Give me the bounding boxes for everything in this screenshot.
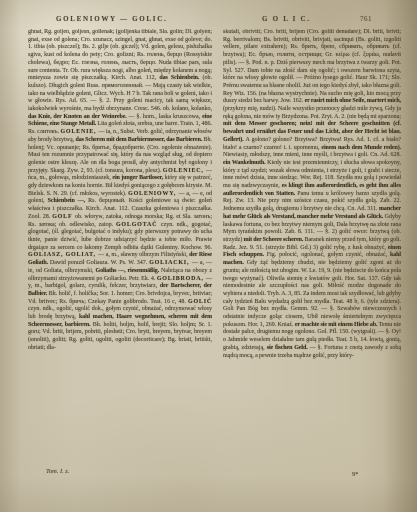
- page-number: 761: [342, 15, 372, 23]
- text-run: ein junger Bartloser,: [112, 175, 164, 181]
- text-run: — §. horn., laska kruszcowa,: [129, 114, 203, 120]
- text-run: das Schienbein.: [159, 75, 202, 81]
- gathering-signature: 9*: [352, 471, 358, 478]
- text-run: Niewiasty, młodszy, inne mieni, inne myś…: [223, 152, 401, 158]
- text-run: ein Wankelmuth.: [223, 160, 267, 166]
- entry-headword: GOLENIE,: [60, 129, 98, 135]
- text-run: er machte sie mit einem Hiebe ab.: [295, 322, 379, 328]
- entry-headword: GOLENIEC,: [163, 168, 206, 174]
- running-head-right: G O L I C.: [262, 15, 311, 23]
- text-run: er rasirt mich ohne Seife, martert mich,: [305, 98, 401, 104]
- text-run: sie fischen Geld.: [267, 345, 310, 351]
- text-run: einem nach dem Munde reden).: [321, 145, 401, 151]
- text-run: mit der Scheere scheren.: [244, 237, 305, 243]
- scanned-dictionary-page: GOLENIOWY — GOLIC. G O L I C. 761 ghnat,…: [0, 0, 417, 512]
- text-run: Bh. holič, f. holička; Sor. 1. homer; Cr…: [28, 291, 212, 305]
- text-run: skutali, obriviti; Cro. briti, brijem (C…: [223, 29, 401, 104]
- entry-headword: GOLIACKI,: [149, 260, 192, 266]
- entry-headword: GOLF: [52, 214, 75, 220]
- text-run: — a, m., sławny olbrzym Filistyński,: [98, 252, 189, 258]
- tome-signature: Tom. I. z.: [46, 468, 69, 475]
- text-run: Schienbein —,: [48, 198, 88, 204]
- text-run: Gdy żąć będziemy chudzi, nie będziemy go…: [223, 260, 401, 328]
- text-run: das Knie, der Knoten an der Weinrebe.: [28, 114, 129, 120]
- entry-headword: GOLGOTAĆ: [116, 222, 161, 228]
- text-run: Dawid poraził Goliasza. W. Ps. W. 347.: [50, 260, 149, 266]
- text-run: (przykrzy mię, nudzi). Naile wszystko pr…: [223, 106, 401, 120]
- entry-headword: GOLIASZ, GOLIAT,: [28, 252, 98, 258]
- running-head-left: GOLENIOWY — GOLIC.: [56, 15, 167, 23]
- text-run: Goliaths —, riesenmäßig.: [96, 268, 162, 274]
- text-run: das Scheren mit dem Barbiermesser, das B…: [76, 137, 204, 143]
- entry-headword: GOLENIOWY,: [128, 191, 179, 197]
- left-text-column: ghnat, Rg. goljen, goljesn, gollenak; (g…: [28, 29, 212, 475]
- entry-headword: GOLIBRODA,: [157, 276, 206, 282]
- text-run: Fig. połocić, ogolonać, gołym czynić, ob…: [267, 252, 390, 258]
- entry-headword: GOLIĆ: [188, 299, 212, 305]
- text-run: ghnat, Rg. goljen, goljesn, gollenak; (g…: [28, 29, 212, 81]
- right-text-column: skutali, obriviti; Cro. briti, brijem (C…: [223, 29, 401, 475]
